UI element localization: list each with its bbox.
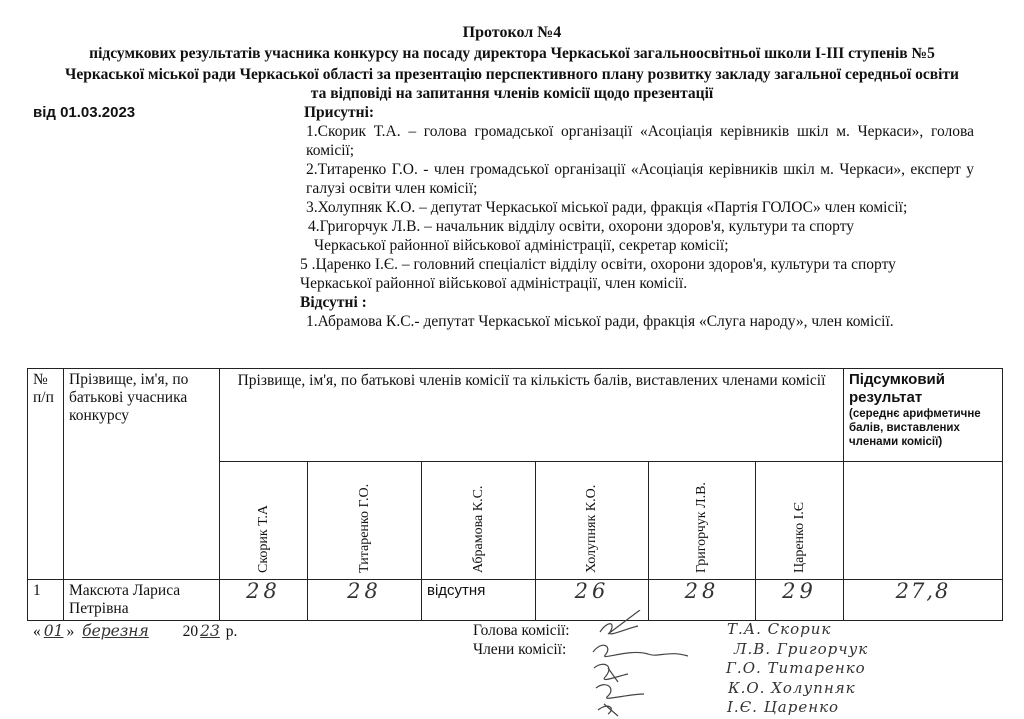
member-name: Царенко І.Є	[791, 502, 809, 573]
member-header-5: Григорчук Л.В.	[649, 461, 756, 579]
document-subtitle-line-2: Черкаської міської ради Черкаської облас…	[0, 65, 1024, 84]
score-3: відсутня	[422, 580, 536, 621]
quote-open: «	[33, 623, 41, 640]
signing-date: «01» березня 2023 р.	[33, 622, 237, 641]
member-name: Титаренко Г.О.	[356, 484, 374, 573]
quote-close: »	[66, 623, 74, 640]
member-header-3: Абрамова К.С.	[422, 461, 536, 579]
document-title: Протокол №4	[0, 24, 1024, 42]
present-member-1: 1.Скорик Т.А. – голова громадської орган…	[306, 122, 974, 160]
signature-member-2: Г.О. Титаренко	[726, 659, 866, 677]
absent-label: Відсутні :	[300, 293, 974, 312]
day: 01	[41, 622, 67, 640]
score-6: 29	[756, 580, 844, 621]
signature-member-3: К.О. Холупняк	[728, 679, 856, 697]
attendance-section: Присутні: 1.Скорик Т.А. – голова громадс…	[304, 103, 974, 331]
member-header-4: Холупняк К.О.	[536, 461, 649, 579]
members-label: Члени комісії:	[473, 641, 566, 659]
member-header-2: Титаренко Г.О.	[308, 461, 422, 579]
results-table: № п/п Прізвище, ім'я, по батькові учасни…	[27, 368, 1003, 621]
header-participant: Прізвище, ім'я, по батькові учасника кон…	[64, 369, 220, 580]
present-label: Присутні:	[304, 103, 974, 122]
document-subtitle-line-1: підсумкових результатів учасника конкурс…	[0, 44, 1024, 63]
present-member-4-line-2: Черкаської районної військової адміністр…	[314, 236, 974, 255]
member-header-1: Скорик Т.А	[220, 461, 308, 579]
header-final: Підсумковий результат (середнє арифметич…	[844, 369, 1003, 462]
final-score: 27,8	[844, 580, 1003, 621]
score-1: 28	[220, 580, 308, 621]
row-num: 1	[28, 580, 64, 621]
signature-member-4: І.Є. Царенко	[727, 698, 839, 716]
present-member-2: 2.Титаренко Г.О. - член громадської орга…	[306, 160, 974, 198]
member-name: Абрамова К.С.	[470, 486, 488, 573]
year-suffix: 23	[198, 622, 222, 640]
table-header-row: № п/п Прізвище, ім'я, по батькові учасни…	[28, 369, 1003, 462]
absent-member-1: 1.Абрамова К.С.- депутат Черкаської місь…	[306, 312, 974, 331]
chair-label: Голова комісії:	[473, 622, 570, 640]
protocol-date: від 01.03.2023	[33, 104, 135, 121]
member-name: Скорик Т.А	[255, 505, 273, 573]
header-final-label: Підсумковий результат	[849, 371, 945, 406]
row-participant: Максюта Лариса Петрівна	[64, 580, 220, 621]
document-subtitle-line-3: та відповіді на запитання членів комісії…	[0, 84, 1024, 103]
table-row: 1 Максюта Лариса Петрівна 28 28 відсутня…	[28, 580, 1003, 621]
present-member-5-line-2: Черкаської районної військової адміністр…	[300, 274, 974, 293]
final-header-empty	[844, 461, 1003, 579]
header-final-note: (середнє арифметичне балів, виставлених …	[849, 407, 997, 449]
header-num: № п/п	[28, 369, 64, 580]
present-member-5-line-1: 5 .Царенко І.Є. – головний спеціаліст ві…	[300, 255, 974, 274]
present-member-4-line-1: 4.Григорчук Л.В. – начальник відділу осв…	[308, 217, 974, 236]
member-name: Холупняк К.О.	[583, 485, 601, 573]
member-header-6: Царенко І.Є	[756, 461, 844, 579]
signature-chair: Т.А. Скорик	[727, 620, 831, 638]
year-prefix: 20	[183, 623, 199, 640]
member-name: Григорчук Л.В.	[693, 482, 711, 573]
present-member-3: 3.Холупняк К.О. – депутат Черкаської міс…	[306, 198, 974, 217]
signature-scribbles	[588, 610, 708, 719]
year-unit: р.	[226, 623, 238, 640]
signature-member-1: Л.В. Григорчук	[734, 640, 868, 658]
month: березня	[78, 622, 153, 640]
score-2: 28	[308, 580, 422, 621]
header-members: Прізвище, ім'я, по батькові членів коміс…	[220, 369, 844, 462]
